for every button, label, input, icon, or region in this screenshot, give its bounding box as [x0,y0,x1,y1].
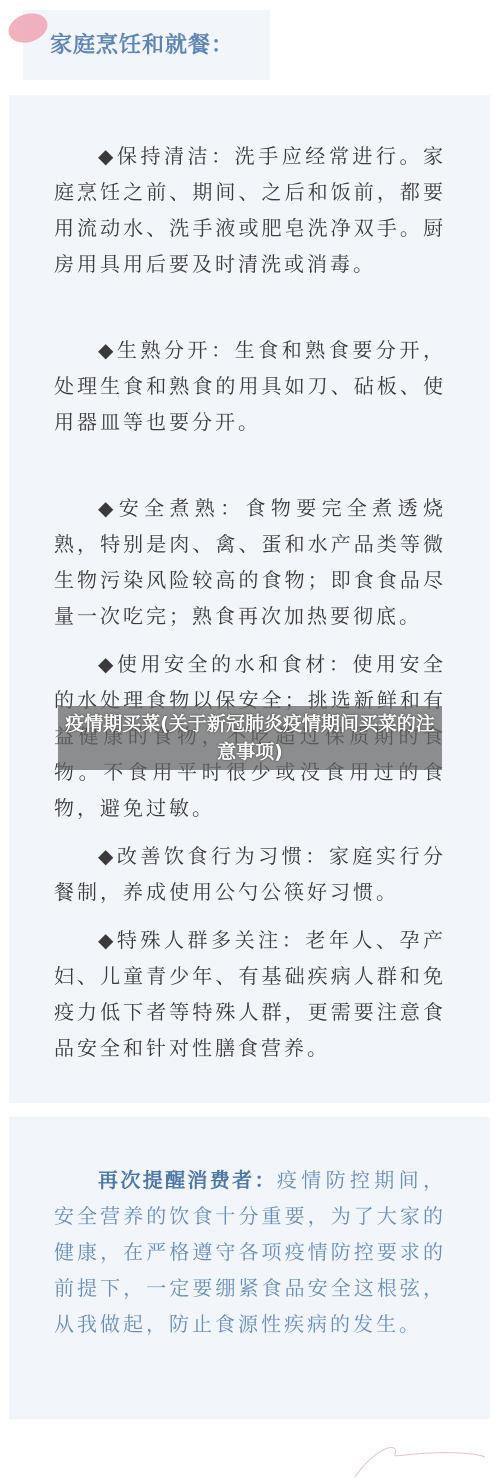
tip-separate-raw-cooked: ◆生熟分开：生食和熟食要分开，处理生食和熟食的用具如刀、砧板、使用器皿等也要分开… [54,332,446,440]
tip-heading: ◆安全煮熟： [54,496,246,520]
tip-heading: ◆改善饮食行为习惯： [54,844,329,868]
tip-eating-habits: ◆改善饮食行为习惯：家庭实行分餐制，养成使用公勺公筷好习惯。 [54,838,446,910]
reminder-body: 疫情防控期间，安全营养的饮食十分重要，为了大家的健康，在严格遵守各项疫情防控要求… [54,1168,446,1336]
decorative-squiggle-icon [350,1435,500,1479]
tip-heading: ◆保持清洁： [54,144,235,168]
tip-heading: ◆生熟分开： [54,338,235,362]
reminder-heading: 再次提醒消费者： [54,1168,277,1192]
tip-keep-clean: ◆保持清洁：洗手应经常进行。家庭烹饪之前、期间、之后和饭前，都要用流动水、洗手液… [54,138,446,282]
section-title: 家庭烹饪和就餐： [50,28,234,59]
tip-heading: ◆使用安全的水和食材： [54,652,352,676]
reminder-paragraph: 再次提醒消费者：疫情防控期间，安全营养的饮食十分重要，为了大家的健康，在严格遵守… [54,1162,446,1342]
tip-cook-thoroughly: ◆安全煮熟：食物要完全煮透烧熟，特别是肉、禽、蛋和水产品类等微生物污染风险较高的… [54,490,446,634]
tip-special-groups: ◆特殊人群多关注：老年人、孕产妇、儿童青少年、有基础疾病人群和免疫力低下者等特殊… [54,922,446,1066]
tip-heading: ◆特殊人群多关注： [54,928,305,952]
caption-overlay: 疫情期买菜(关于新冠肺炎疫情期间买菜的注意事项) [58,706,442,770]
